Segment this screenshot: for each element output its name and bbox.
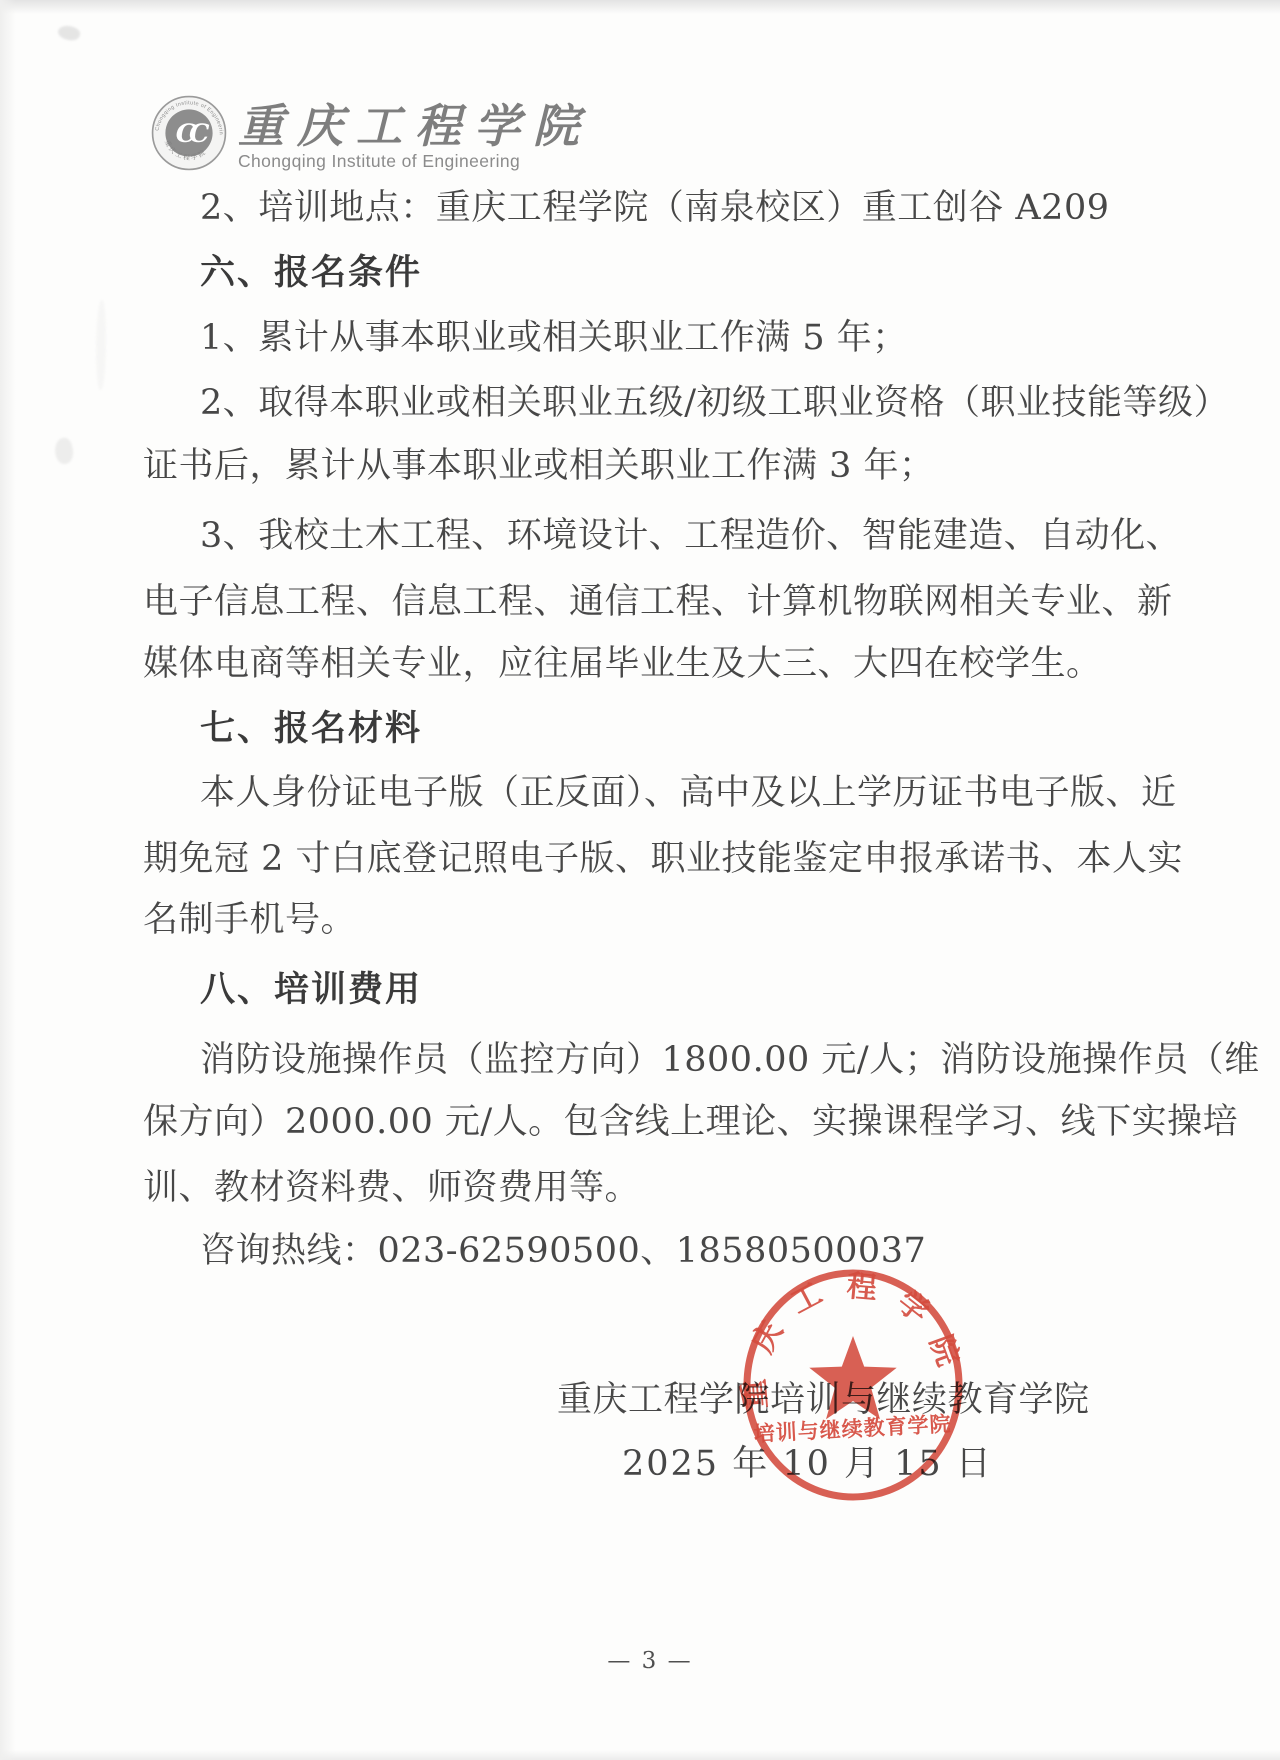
doc-line: 证书后，累计从事本职业或相关职业工作满 3 年； — [143, 446, 1147, 486]
logo-english-name: Chongqing Institute of Engineering — [238, 151, 592, 172]
section-heading: 七、报名材料 — [143, 709, 1204, 749]
scan-artifact — [56, 23, 81, 43]
seal-star-icon — [809, 1336, 896, 1419]
doc-line: 媒体电商等相关专业，应往届毕业生及大三、大四在校学生。 — [143, 644, 1147, 684]
seal-arc-char: 重 — [737, 1377, 774, 1410]
section-heading: 八、培训费用 — [143, 970, 1204, 1010]
seal-inner-text: 培训与继续教育学院 — [753, 1411, 952, 1446]
doc-line: 期免冠 2 寸白底登记照电子版、职业技能鉴定申报承诺书、本人实 — [143, 839, 1147, 879]
page-number: — 3 — — [0, 1648, 1280, 1674]
section-heading: 六、报名条件 — [143, 253, 1204, 293]
hotline-line: 咨询热线：023-62590500、18580500037 — [143, 1231, 1204, 1271]
scan-artifact — [96, 300, 106, 390]
doc-line: 消防设施操作员（监控方向）1800.00 元/人；消防设施操作员（维 — [143, 1040, 1204, 1080]
doc-line: 3、我校土木工程、环境设计、工程造价、智能建造、自动化、 — [143, 516, 1204, 556]
scan-artifact — [52, 436, 75, 465]
scan-edge-shadow-top — [0, 0, 1280, 14]
doc-line: 1、累计从事本职业或相关职业工作满 5 年； — [143, 318, 1204, 358]
seal-arc-char: 程 — [845, 1269, 878, 1306]
seal-arc-char: 工 — [785, 1276, 828, 1321]
scan-edge-shadow-bottom — [0, 1750, 1280, 1760]
doc-line: 2、培训地点：重庆工程学院（南泉校区）重工创谷 A209 — [143, 188, 1204, 228]
logo-chinese-name: 重庆工程学院 — [238, 102, 592, 150]
scan-edge-shadow-left — [0, 0, 16, 1760]
scanned-document-page: CC Chongqing Institute of Engineering 重庆… — [0, 0, 1280, 1760]
institute-emblem-icon: CC Chongqing Institute of Engineering 重庆… — [150, 94, 228, 172]
institute-logo: CC Chongqing Institute of Engineering 重庆… — [150, 94, 592, 172]
doc-line: 保方向）2000.00 元/人。包含线上理论、实操课程学习、线下实操培 — [143, 1102, 1147, 1142]
doc-line: 训、教材资料费、师资费用等。 — [143, 1168, 1147, 1208]
official-seal: 重 庆 工 程 学 院 培训与继续教育学院 — [735, 1264, 971, 1508]
doc-line: 电子信息工程、信息工程、通信工程、计算机物联网相关专业、新 — [143, 582, 1147, 622]
logo-wordmark: 重庆工程学院 Chongqing Institute of Engineerin… — [238, 94, 592, 172]
doc-line: 本人身份证电子版（正反面）、高中及以上学历证书电子版、近 — [143, 773, 1204, 813]
doc-line: 名制手机号。 — [143, 900, 1147, 940]
doc-line: 2、取得本职业或相关职业五级/初级工职业资格（职业技能等级） — [143, 383, 1204, 423]
seal-arc-char: 学 — [890, 1284, 935, 1330]
